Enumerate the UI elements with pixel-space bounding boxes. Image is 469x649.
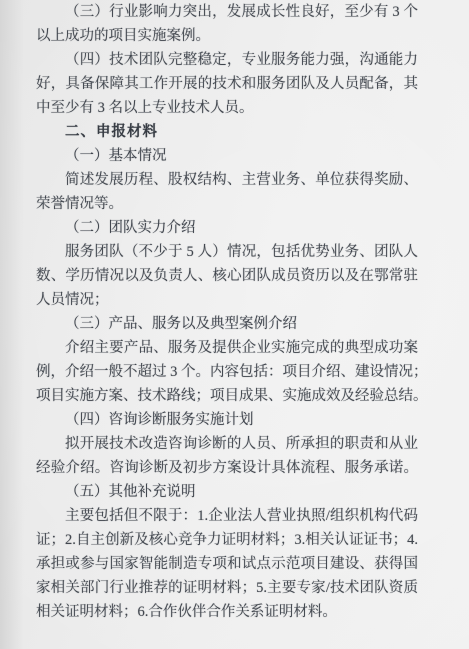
heading-application-materials: 二、申报材料 [65, 120, 418, 144]
text-line: 经验介绍。咨询诊断及初步方案设计具体流程、服务承诺。 [36, 456, 418, 480]
subheading-basic-info: （一）基本情况 [65, 144, 418, 168]
subheading-products-services-cases: （三）产品、服务以及典型案例介绍 [65, 312, 418, 336]
text-line: 人员情况； [36, 288, 418, 312]
text-line: 拟开展技术改造咨询诊断的人员、所承担的职责和从业 [65, 432, 418, 456]
text-line: 简述发展历程、股权结构、主营业务、单位获得奖励、 [65, 168, 418, 192]
text-line: 中至少有 3 名以上专业技术人员。 [36, 96, 418, 120]
scanned-document-page: （三）行业影响力突出，发展成长性良好，至少有 3 个 以上成功的项目实施案例。 … [0, 0, 469, 649]
text-line: 数、学历情况以及负责人、核心团队成员资历以及在鄂常驻 [36, 264, 418, 288]
subheading-other-supplementary-notes: （五）其他补充说明 [65, 480, 418, 504]
text-line: 家相关部门行业推荐的证明材料；5.主要专家/技术团队资质 [36, 576, 418, 600]
text-line: 荣誉情况等。 [36, 192, 418, 216]
text-line: 证；2.自主创新及核心竞争力证明材料；3.相关认证证书；4. [36, 528, 418, 552]
text-line: （三）行业影响力突出，发展成长性良好，至少有 3 个 [65, 0, 418, 24]
text-line: 例，介绍一般不超过 3 个。内容包括：项目介绍、建设情况； [36, 360, 418, 384]
text-line: （四）技术团队完整稳定，专业服务能力强，沟通能力 [65, 48, 418, 72]
text-line: 好，具备保障其工作开展的技术和服务团队及人员配备，其 [36, 72, 418, 96]
text-line: 服务团队（不少于 5 人）情况，包括优势业务、团队人 [65, 240, 418, 264]
text-line: 以上成功的项目实施案例。 [36, 24, 418, 48]
subheading-consulting-diagnosis-plan: （四）咨询诊断服务实施计划 [65, 408, 418, 432]
text-line: 项目实施方案、技术路线；项目成果、实施成效及经验总结。 [36, 384, 418, 408]
text-line: 介绍主要产品、服务及提供企业实施完成的典型成功案 [65, 336, 418, 360]
text-line: 主要包括但不限于：1.企业法人营业执照/组织机构代码 [65, 504, 418, 528]
text-line: 相关证明材料；6.合作伙伴合作关系证明材料。 [36, 600, 418, 624]
subheading-team-strength: （二）团队实力介绍 [65, 216, 418, 240]
text-line: 承担或参与国家智能制造专项和试点示范项目建设、获得国 [36, 552, 418, 576]
document-text-block: （三）行业影响力突出，发展成长性良好，至少有 3 个 以上成功的项目实施案例。 … [36, 0, 420, 624]
